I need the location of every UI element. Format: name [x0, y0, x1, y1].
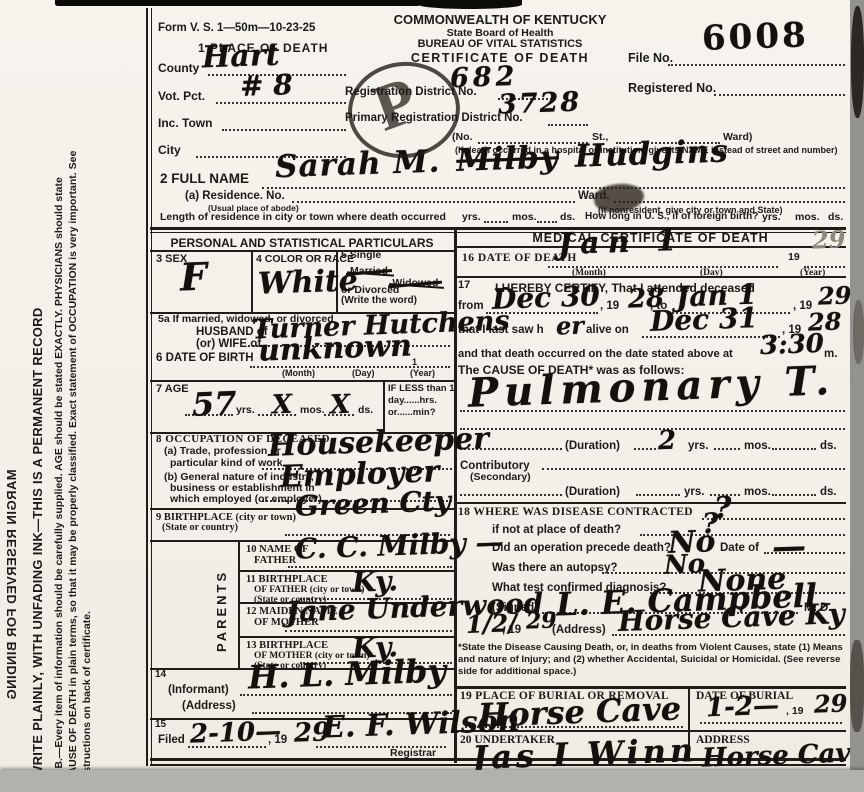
dob-month-label: (Month): [282, 369, 315, 379]
informant-number: 14: [155, 670, 166, 681]
death-time-handwriting: 3:30: [760, 331, 825, 359]
birthplace-sub-label: (State or country): [162, 523, 238, 534]
dob-day-label: (Day): [352, 369, 375, 379]
duration1-ds-line: [772, 448, 816, 450]
dob-year-label: (Year): [410, 369, 435, 379]
sex-race-divider-1: [251, 250, 253, 312]
form-number: Form V. S. 1—50m—10-23-25: [158, 22, 315, 34]
duration2-label: (Duration): [565, 486, 620, 498]
if-not-label: if not at place of death?: [492, 524, 621, 536]
dob-label: 6 DATE OF BIRTH: [156, 352, 254, 364]
duration1-mos-label: mos.: [744, 440, 771, 452]
sign-address-label: (Address): [552, 624, 606, 636]
last-saw-value-handwriting: Dec 31: [650, 304, 759, 336]
wife-of-label: (or) WIFE of: [196, 338, 261, 350]
scan-strip-bottom: [0, 770, 864, 792]
full-name-label: 2 FULL NAME: [160, 172, 249, 187]
howlong-label: How long in U. S., if of foreign birth?: [585, 212, 758, 223]
duration1-label: (Duration): [565, 440, 620, 452]
residence-label: (a) Residence. No.: [185, 190, 285, 202]
city-label: City: [158, 144, 181, 157]
length-mos-label: mos.: [512, 212, 537, 223]
attended-from-19: , 19: [600, 300, 619, 312]
marital-single-label: 5 Single: [341, 250, 381, 261]
margin-binding-text: MARGIN RESERVED FOR BINDING: [4, 469, 19, 700]
parents-divider: [238, 540, 240, 668]
ifless-line1: IF LESS than 1: [388, 384, 455, 394]
race-value-handwriting: White: [258, 266, 359, 299]
registered-no-label: Registered No.: [628, 82, 716, 96]
voting-precinct-label: Vot. Pct.: [158, 90, 205, 103]
registration-district-value-handwriting: 682: [450, 63, 519, 92]
dod-month-label: (Month): [572, 268, 606, 278]
mother-birthplace-label-1: 13 BIRTHPLACE: [246, 640, 328, 651]
informant-value-handwriting: H. L. Milby: [248, 655, 447, 694]
form-left-border-outer: [146, 8, 148, 766]
dob-year-one: 1: [412, 358, 417, 368]
sex-value-handwriting: F: [179, 258, 207, 297]
filed-label: Filed: [158, 734, 185, 746]
parents-vertical-label: PARENTS: [214, 570, 229, 652]
ifless-line3: or......min?: [388, 408, 436, 418]
residence-ward-line: [614, 201, 845, 203]
operation-label: Did an operation precede death?: [492, 542, 671, 554]
father-name-label-2: FATHER: [254, 555, 296, 566]
burial-19-label: , 19: [786, 706, 804, 717]
howlong-mos-label: mos.: [795, 212, 820, 223]
autopsy-label: Was there an autopsy?: [492, 562, 617, 574]
duration1-mos-line: [714, 448, 740, 450]
form-left-border-inner: [151, 8, 152, 766]
death-certificate-scan: MARGIN RESERVED FOR BINDING WRITE PLAINL…: [0, 0, 864, 792]
sign-date-handwriting: 1/2/: [466, 611, 518, 637]
duration2-lead-line: [460, 494, 562, 496]
voting-precinct-value-handwriting: # 8: [240, 71, 294, 101]
where-contracted-label: 18 WHERE WAS DISEASE CONTRACTED: [458, 506, 693, 518]
father-name-value-handwriting: C. C. Milby —: [295, 528, 504, 563]
age-mos-value-handwriting: X: [272, 392, 293, 419]
personal-particulars-title: PERSONAL AND STATISTICAL PARTICULARS: [150, 237, 454, 250]
registered-no-line: [714, 94, 845, 96]
full-name-last: Hudgins: [574, 133, 729, 174]
length-residence-label: Length of residence in city or town wher…: [160, 212, 446, 223]
sign-address-value-handwriting: Horse Cave Ky: [618, 600, 846, 636]
scan-blob-top: [418, 0, 522, 9]
right-rule-3: [455, 502, 846, 504]
undertaker-address-value-handwriting: Horse Cave Ky: [702, 738, 864, 771]
age-value-handwriting: 57: [191, 387, 237, 421]
p-stamp-letter: P: [364, 62, 428, 147]
duration2-yrs-label: yrs.: [684, 486, 704, 498]
informant-label: (Informant): [168, 684, 229, 696]
margin-permanent-record-note: WRITE PLAINLY, WITH UNFADING INK—THIS IS…: [30, 307, 45, 778]
age-ds-value-handwriting: X: [330, 392, 351, 419]
duration1-gap-line: [634, 448, 656, 450]
death-occurred-label: and that death occurred on the date stat…: [458, 348, 733, 360]
bureau-subtitle: BUREAU OF VITAL STATISTICS: [350, 39, 650, 51]
secondary-label: (Secondary): [470, 472, 531, 483]
duration2-ds-label: ds.: [820, 486, 837, 498]
age-mos-label: mos.: [300, 405, 325, 416]
length-yrs-label: yrs.: [462, 212, 481, 223]
age-label: 7 AGE: [156, 384, 189, 396]
residence-line: [292, 201, 575, 203]
inc-town-label: Inc. Town: [158, 117, 212, 130]
voting-precinct-line: [216, 102, 346, 104]
registrar-label: Registrar: [390, 748, 436, 759]
file-no-line: [668, 64, 845, 66]
age-yrs-label: yrs.: [236, 405, 255, 416]
howlong-yrs-label: yrs.: [762, 212, 781, 223]
right-rule-4: [455, 686, 846, 689]
duration1-value-handwriting: 2: [658, 428, 677, 455]
filed-number: 15: [155, 720, 166, 731]
scan-edge-blot-3: [850, 640, 864, 732]
birthplace-value-handwriting: Green Cty: [295, 487, 452, 520]
length-mos-line: [537, 221, 557, 223]
attended-from-value-handwriting: Dec 30: [492, 282, 601, 314]
dod-19-label: 19: [788, 252, 800, 263]
occupation-a-line1: (a) Trade, profession or: [164, 446, 281, 457]
violent-death-footnote: *State the Disease Causing Death, or, in…: [458, 642, 846, 678]
burial-place-value-handwriting: Horse Cave: [478, 692, 682, 731]
parents-rule-3: [238, 636, 454, 638]
scan-edge-blot-1: [851, 6, 864, 118]
length-ds-label: ds.: [560, 212, 575, 223]
sign-year-handwriting: 29: [526, 609, 557, 632]
father-birthplace-label-1: 11 BIRTHPLACE: [246, 574, 328, 585]
informant-address-label: (Address): [182, 700, 236, 712]
file-no-label: File No.: [628, 52, 673, 66]
age-ds-label: ds.: [358, 405, 373, 416]
dob-value-handwriting: unknown: [258, 331, 413, 366]
commonwealth-title: COMMONWEALTH OF KENTUCKY: [350, 13, 650, 27]
last-saw-post-label: alive on: [586, 324, 629, 336]
date-of-death-value-handwriting: Jan 1: [558, 226, 686, 260]
ifless-line2: day......hrs.: [388, 396, 437, 406]
scan-streak-top: [55, 0, 423, 6]
duration1-yrs-label: yrs.: [688, 440, 708, 452]
right-rule-2: [455, 276, 846, 278]
duration1-ds-label: ds.: [820, 440, 837, 452]
duration2-yrs-line: [636, 494, 680, 496]
full-name-struck-surname: Milby: [456, 139, 560, 179]
contributory-line: [542, 468, 845, 470]
last-saw-her-handwriting: er: [556, 314, 585, 339]
margin-nb-note: N. B.—Every item of information should b…: [52, 142, 95, 782]
duration2-mos-label: mos.: [744, 486, 771, 498]
undertaker-value-handwriting: Jas I Winn: [472, 734, 698, 774]
attended-to-year-handwriting: 29: [818, 283, 852, 308]
howlong-ds-label: ds.: [828, 212, 843, 223]
dod-day-label: (Day): [700, 268, 723, 278]
primary-registration-value-handwriting: 3728: [498, 89, 582, 119]
inc-town-line: [222, 129, 346, 131]
operation-dash-handwriting: —: [771, 529, 804, 564]
dod-year-label: (Year): [800, 268, 825, 278]
operation-date-of-label: Date of: [720, 542, 759, 554]
duration2-ds-line: [772, 494, 816, 496]
file-no-value-handwriting: 6008: [701, 18, 809, 56]
full-name-line: [262, 187, 845, 189]
dod-year-handwriting: 29: [812, 227, 846, 252]
header-bottom-rule: [150, 227, 846, 230]
cause-line-2: [460, 428, 845, 430]
primary-registration-line: [548, 124, 588, 126]
margin-binding-note: MARGIN RESERVED FOR BINDING: [4, 469, 19, 700]
left-rule-1: [150, 250, 454, 252]
burial-date-value-handwriting: 1-2—: [706, 693, 780, 722]
length-yrs-line: [484, 221, 508, 223]
county-label: County: [158, 62, 199, 75]
parents-rule-1: [238, 570, 454, 572]
certify-number: 17: [458, 280, 470, 292]
left-rule-3: [150, 380, 454, 382]
occupation-a-line2: particular kind of work: [170, 458, 283, 469]
scan-edge-blot-2: [853, 300, 864, 364]
filed-date-handwriting: 2-10—: [190, 718, 282, 747]
burial-year-handwriting: 29: [814, 691, 848, 716]
